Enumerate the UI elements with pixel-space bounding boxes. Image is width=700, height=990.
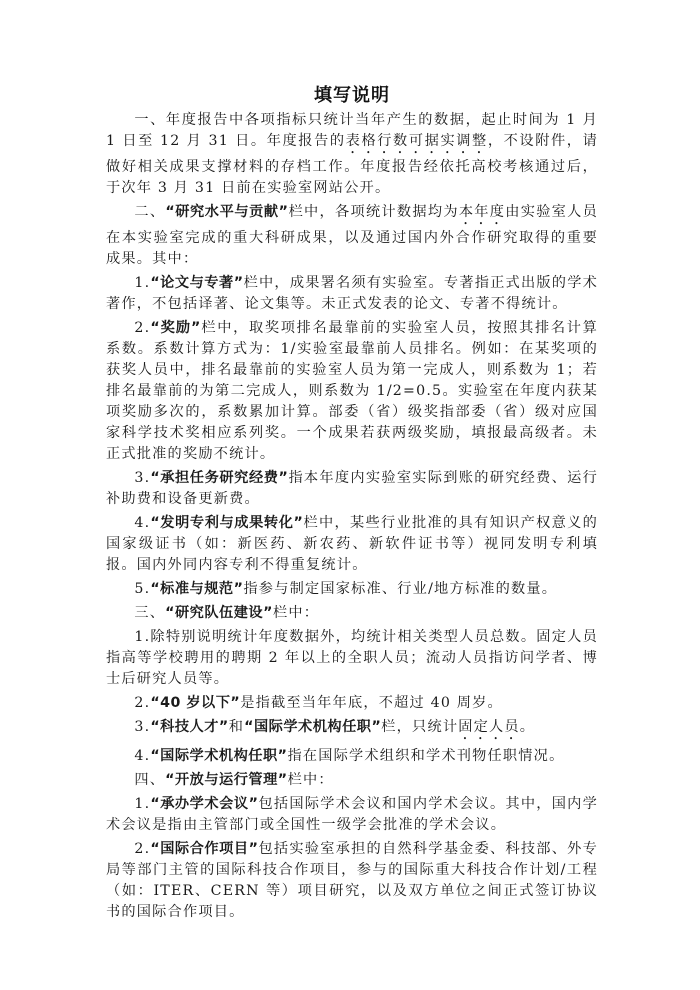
section-keyword: “科技人才”: [150, 719, 228, 735]
text-segment: 三、: [134, 605, 165, 621]
document-page: 填写说明 一、年度报告中各项指标只统计当年产生的数据，起止时间为 1 月 1 日…: [106, 82, 598, 926]
text-segment: 指参与制定国家标准、行业/地方标准的数量。: [243, 581, 557, 597]
section-keyword: “论文与专著”: [150, 275, 243, 291]
text-segment: 栏中，取奖项排名最靠前的实验室人员，按照其排名计算系数。系数计算方式为：1/实验…: [106, 320, 598, 462]
text-segment: 4.: [134, 515, 150, 531]
text-segment: 。: [520, 719, 535, 735]
text-segment: 4.: [134, 748, 150, 764]
paragraph-p5: 3.“承担任务研究经费”指本年度内实验室实际到账的研究经费、运行补助费和设备更新…: [106, 468, 598, 510]
section-keyword: “国际合作项目”: [150, 841, 258, 857]
instructions-body: 一、年度报告中各项指标只统计当年产生的数据，起止时间为 1 月 1 日至 12 …: [106, 110, 598, 923]
text-segment: 二、: [134, 204, 165, 220]
text-segment: 3.: [134, 470, 150, 486]
text-segment: 2.: [134, 841, 150, 857]
section-keyword: “开放与运行管理”: [165, 772, 287, 788]
text-segment: 栏中：: [273, 605, 319, 621]
section-keyword: “国际学术机构任职”: [150, 748, 287, 764]
text-segment: 栏中：: [288, 772, 334, 788]
paragraph-p1: 一、年度报告中各项指标只统计当年产生的数据，起止时间为 1 月 1 日至 12 …: [106, 110, 598, 199]
paragraph-p4: 2.“奖励”栏中，取奖项排名最靠前的实验室人员，按照其排名计算系数。系数计算方式…: [106, 318, 598, 465]
text-segment: 5.: [134, 581, 150, 597]
paragraph-p3: 1.“论文与专著”栏中，成果署名须有实验室。专著指正式出版的学术著作，不包括译著…: [106, 273, 598, 315]
paragraph-p6: 4.“发明专利与成果转化”栏中，某些行业批准的具有知识产权意义的国家级证书（如：…: [106, 513, 598, 576]
text-segment: 栏，只统计: [381, 719, 458, 735]
paragraph-p15: 2.“国际合作项目”包括实验室承担的自然科学基金委、科技部、外专局等部门主管的国…: [106, 839, 598, 923]
page-title: 填写说明: [106, 82, 598, 110]
emphasized-text: 表格行数可据实调整: [346, 133, 488, 149]
paragraph-p14: 1.“承办学术会议”包括国际学术会议和国内学术会议。其中，国内学术会议是指由主管…: [106, 794, 598, 836]
paragraph-p8: 三、“研究队伍建设”栏中：: [106, 603, 598, 624]
paragraph-p13: 四、“开放与运行管理”栏中：: [106, 770, 598, 791]
text-segment: 是指截至当年年底，不超过 40 周岁。: [240, 695, 503, 711]
text-segment: 栏中，各项统计数据均为: [289, 204, 459, 220]
section-keyword: “40 岁以下”: [150, 695, 240, 711]
section-keyword: “研究队伍建设”: [165, 605, 273, 621]
text-segment: 3.: [134, 719, 150, 735]
paragraph-p2: 二、“研究水平与贡献”栏中，各项统计数据均为本年度由实验室人员在本实验室完成的重…: [106, 202, 598, 270]
text-segment: 1.: [134, 275, 150, 291]
emphasized-text: 固定人员: [458, 719, 520, 735]
paragraph-p10: 2.“40 岁以下”是指截至当年年底，不超过 40 周岁。: [106, 693, 598, 714]
section-keyword: “承办学术会议”: [150, 796, 258, 812]
paragraph-p7: 5.“标准与规范”指参与制定国家标准、行业/地方标准的数量。: [106, 579, 598, 600]
section-keyword: “标准与规范”: [150, 581, 243, 597]
text-segment: 和: [229, 719, 244, 735]
paragraph-p9: 1.除特别说明统计年度数据外，均统计相关类型人员总数。固定人员指高等学校聘用的聘…: [106, 627, 598, 690]
paragraph-p11: 3.“科技人才”和“国际学术机构任职”栏，只统计固定人员。: [106, 717, 598, 743]
text-segment: 指在国际学术组织和学术刊物任职情况。: [287, 748, 564, 764]
section-keyword: “发明专利与成果转化”: [150, 515, 303, 531]
section-keyword: “承担任务研究经费”: [150, 470, 288, 486]
text-segment: 1.除特别说明统计年度数据外，均统计相关类型人员总数。固定人员指高等学校聘用的聘…: [106, 629, 598, 687]
text-segment: 1.: [134, 796, 150, 812]
section-keyword: “奖励”: [150, 320, 201, 336]
text-segment: 2.: [134, 695, 150, 711]
paragraph-p12: 4.“国际学术机构任职”指在国际学术组织和学术刊物任职情况。: [106, 746, 598, 767]
section-keyword: “研究水平与贡献”: [165, 204, 288, 220]
text-segment: 2.: [134, 320, 150, 336]
text-segment: 四、: [134, 772, 165, 788]
section-keyword: “国际学术机构任职”: [244, 719, 381, 735]
emphasized-text: 本年度: [459, 204, 505, 220]
